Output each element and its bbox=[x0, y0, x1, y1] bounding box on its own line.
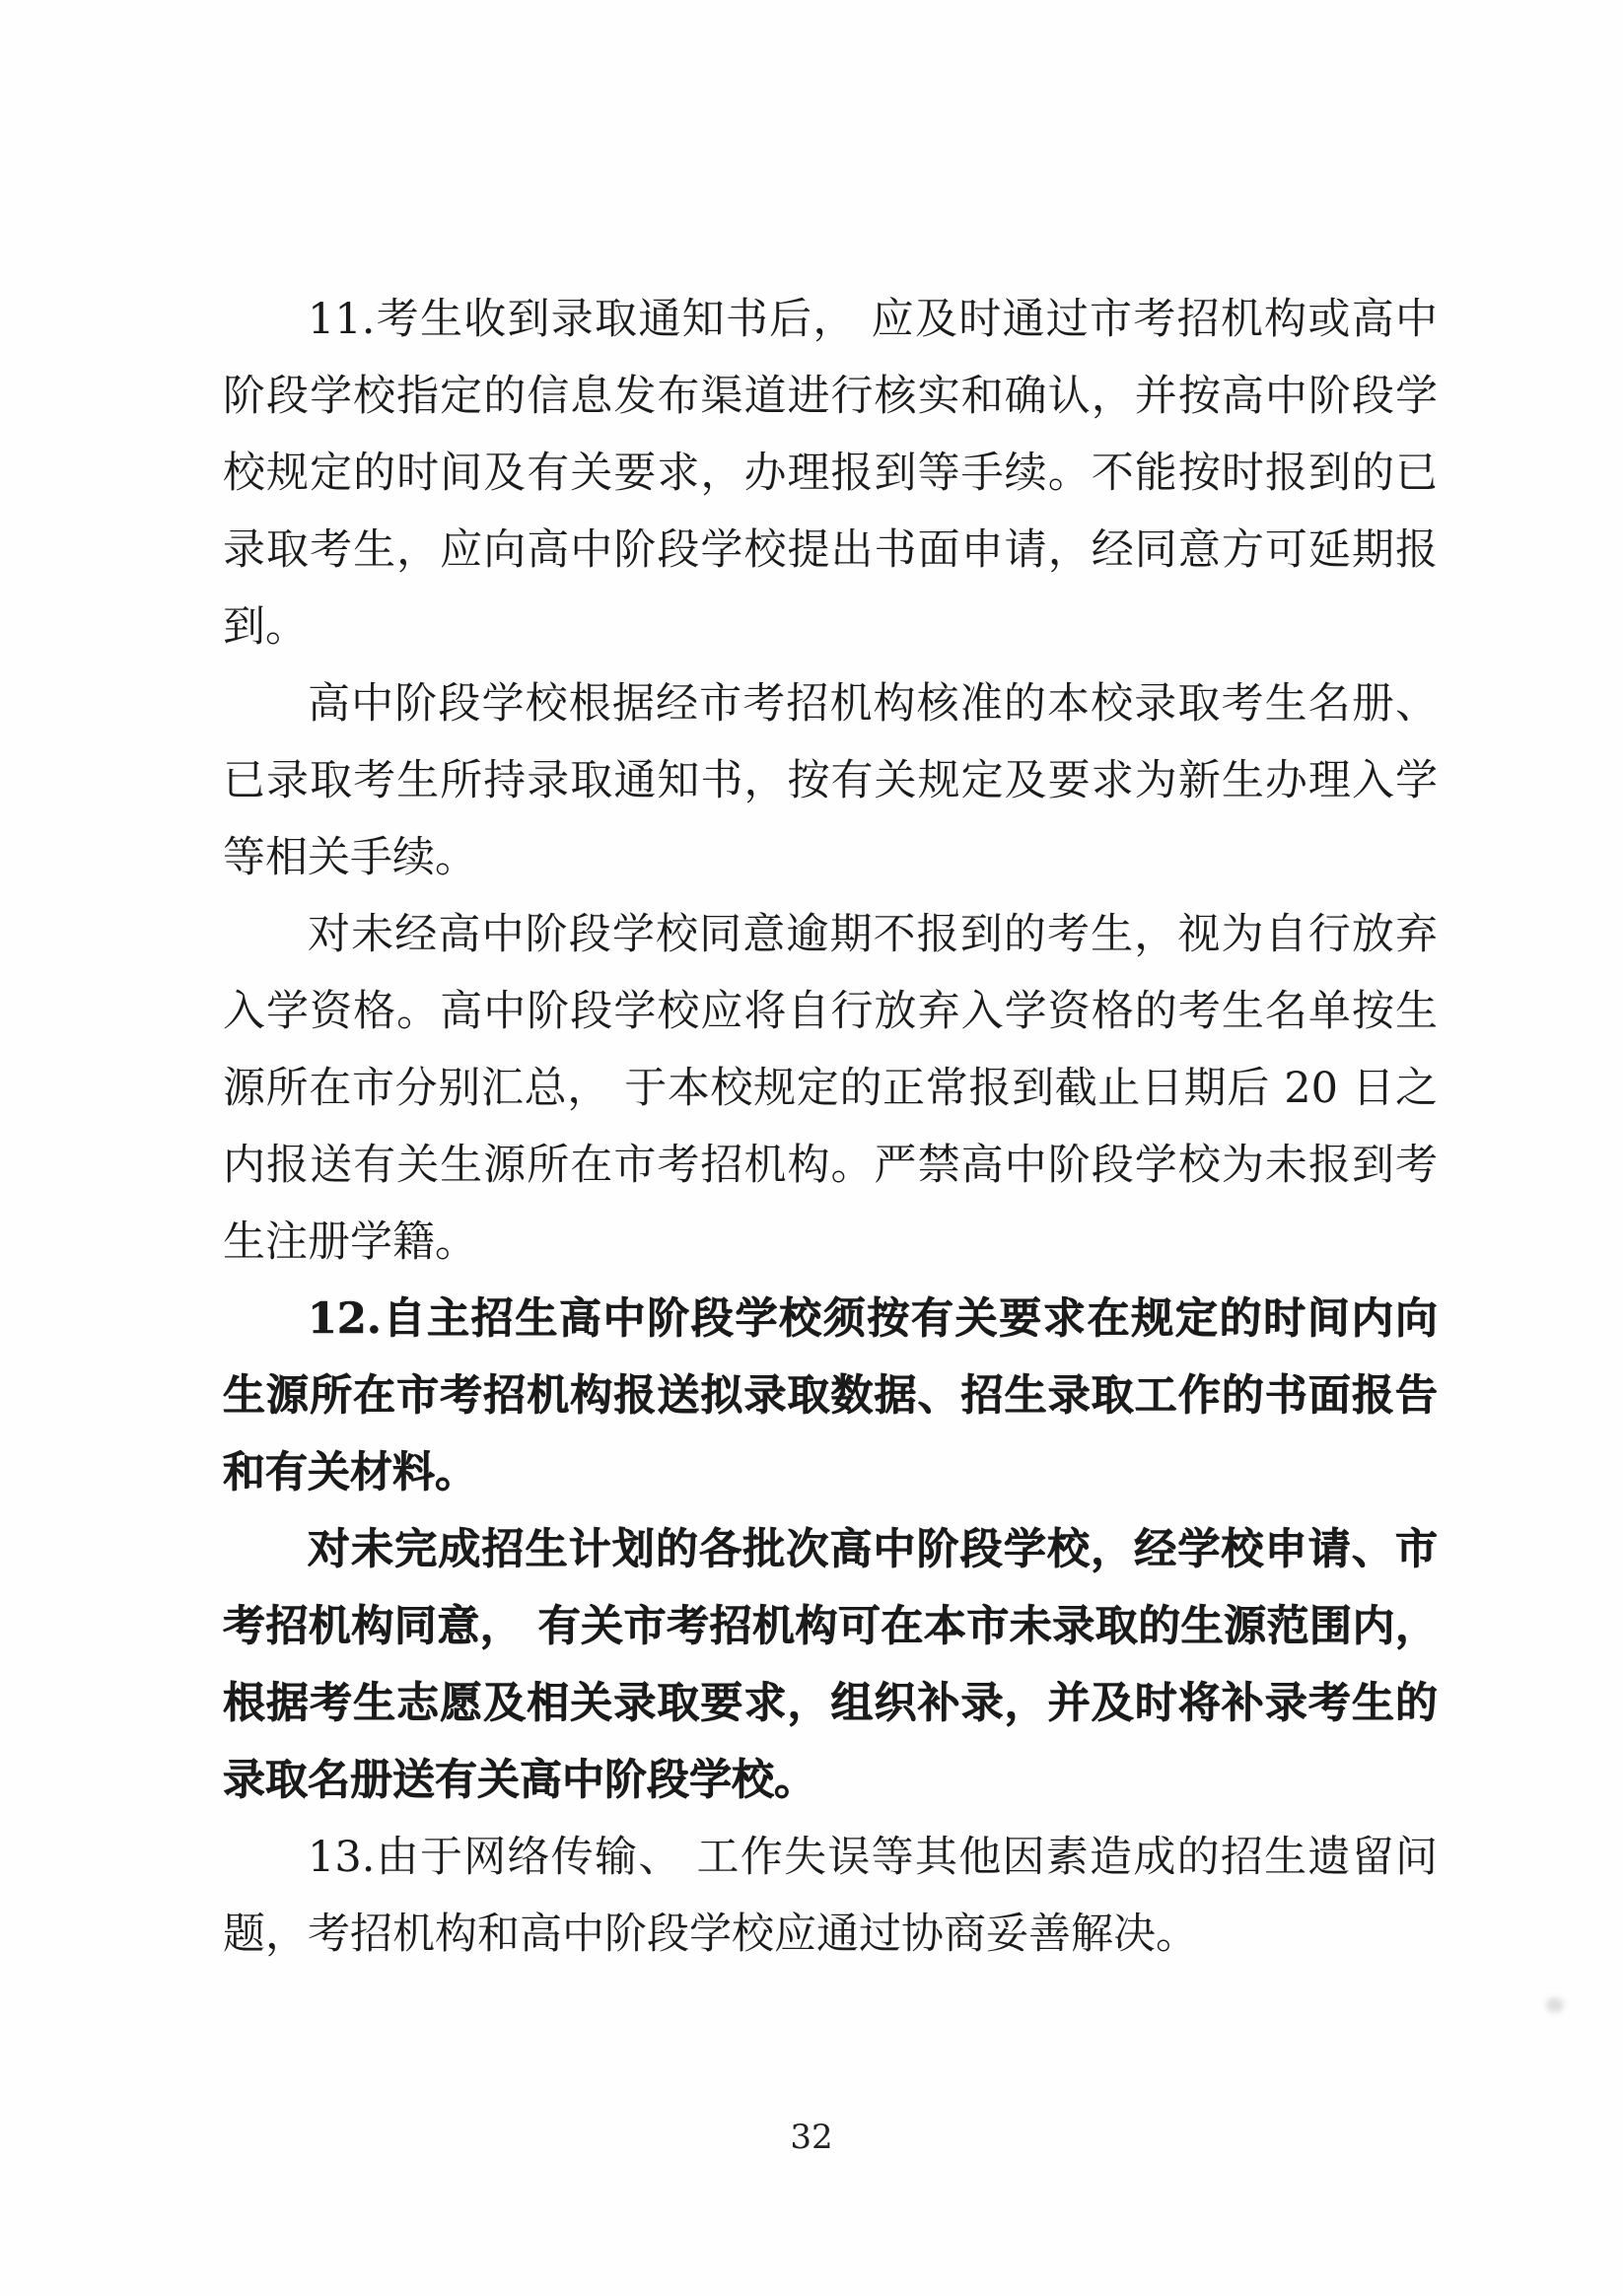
text-line: 题，考招机构和高中阶段学校应通过协商妥善解决。 bbox=[223, 1896, 1438, 1973]
text-line: 考招机构同意， 有关市考招机构可在本市未录取的生源范围内， bbox=[223, 1588, 1438, 1665]
text-line: 对未完成招生计划的各批次高中阶段学校，经学校申请、市 bbox=[223, 1511, 1438, 1588]
paragraph-item-12: 12.自主招生高中阶段学校须按有关要求在规定的时间内向生源所在市考招机构报送拟录… bbox=[223, 1281, 1438, 1511]
text-line: 校规定的时间及有关要求，办理报到等手续。不能按时报到的已 bbox=[223, 435, 1438, 512]
text-line: 录取考生，应向高中阶段学校提出书面申请，经同意方可延期报 bbox=[223, 512, 1438, 589]
text-line: 根据考生志愿及相关录取要求，组织补录，并及时将补录考生的 bbox=[223, 1665, 1438, 1742]
paragraph-item-13: 13.由于网络传输、 工作失误等其他因素造成的招生遗留问题，考招机构和高中阶段学… bbox=[223, 1819, 1438, 1973]
text-line: 高中阶段学校根据经市考招机构核准的本校录取考生名册、 bbox=[223, 665, 1438, 742]
paragraph-para-enrollment-procedures: 高中阶段学校根据经市考招机构核准的本校录取考生名册、已录取考生所持录取通知书，按… bbox=[223, 665, 1438, 896]
text-line: 13.由于网络传输、 工作失误等其他因素造成的招生遗留问 bbox=[223, 1819, 1438, 1896]
document-body: 11.考生收到录取通知书后， 应及时通过市考招机构或高中阶段学校指定的信息发布渠… bbox=[223, 281, 1438, 1973]
scan-artifact bbox=[1546, 1997, 1564, 2013]
text-line: 和有关材料。 bbox=[223, 1434, 1438, 1511]
document-page: 11.考生收到录取通知书后， 应及时通过市考招机构或高中阶段学校指定的信息发布渠… bbox=[0, 0, 1623, 2296]
text-line: 阶段学校指定的信息发布渠道进行核实和确认，并按高中阶段学 bbox=[223, 358, 1438, 435]
paragraph-para-supplementary-admission: 对未完成招生计划的各批次高中阶段学校，经学校申请、市考招机构同意， 有关市考招机… bbox=[223, 1511, 1438, 1819]
text-line: 入学资格。高中阶段学校应将自行放弃入学资格的考生名单按生 bbox=[223, 973, 1438, 1050]
text-line: 12.自主招生高中阶段学校须按有关要求在规定的时间内向 bbox=[223, 1281, 1438, 1357]
text-line: 生注册学籍。 bbox=[223, 1204, 1438, 1281]
text-line: 等相关手续。 bbox=[223, 819, 1438, 896]
text-line: 对未经高中阶段学校同意逾期不报到的考生，视为自行放弃 bbox=[223, 896, 1438, 973]
text-line: 11.考生收到录取通知书后， 应及时通过市考招机构或高中 bbox=[223, 281, 1438, 358]
text-line: 已录取考生所持录取通知书，按有关规定及要求为新生办理入学 bbox=[223, 742, 1438, 819]
text-line: 源所在市分别汇总， 于本校规定的正常报到截止日期后 20 日之 bbox=[223, 1050, 1438, 1127]
paragraph-item-11: 11.考生收到录取通知书后， 应及时通过市考招机构或高中阶段学校指定的信息发布渠… bbox=[223, 281, 1438, 665]
text-line: 录取名册送有关高中阶段学校。 bbox=[223, 1742, 1438, 1819]
page-number: 32 bbox=[0, 2118, 1623, 2157]
text-line: 内报送有关生源所在市考招机构。严禁高中阶段学校为未报到考 bbox=[223, 1127, 1438, 1204]
text-line: 生源所在市考招机构报送拟录取数据、招生录取工作的书面报告 bbox=[223, 1357, 1438, 1434]
paragraph-para-overdue-report: 对未经高中阶段学校同意逾期不报到的考生，视为自行放弃入学资格。高中阶段学校应将自… bbox=[223, 896, 1438, 1281]
text-line: 到。 bbox=[223, 589, 1438, 665]
